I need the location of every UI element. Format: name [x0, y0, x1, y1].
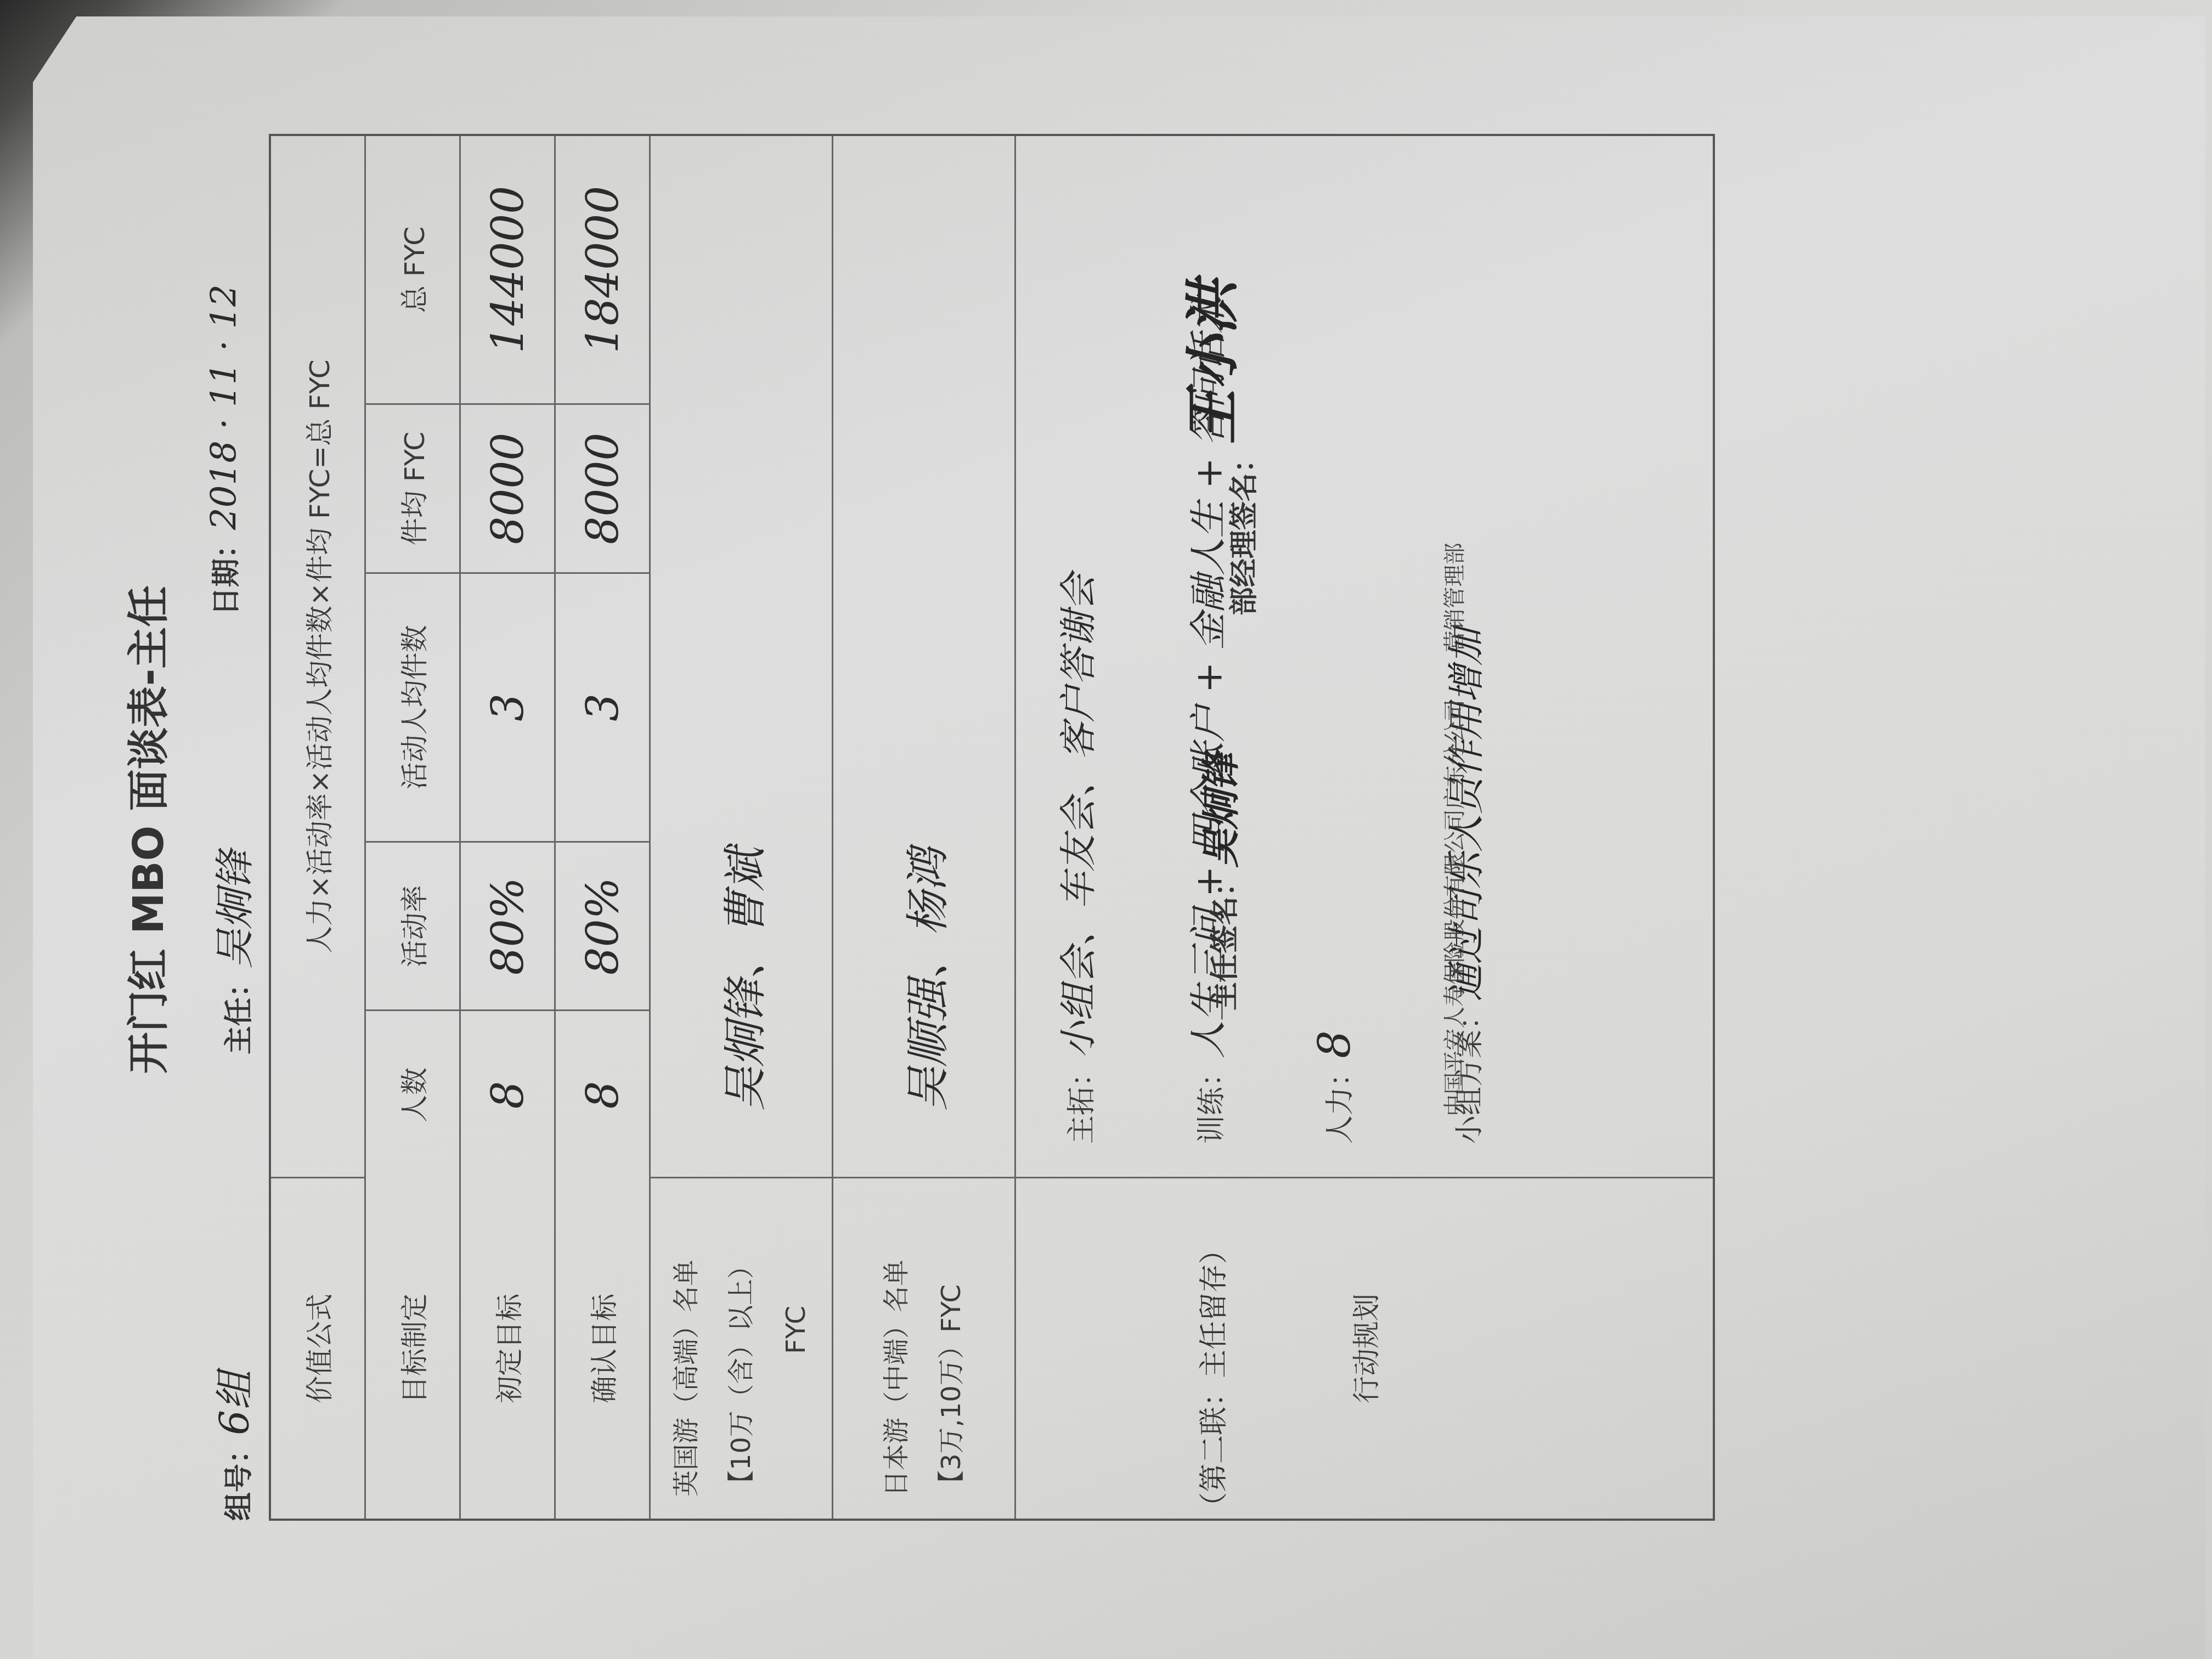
- footer-department: 营销管理部: [1442, 543, 1468, 652]
- manager-signature: 部经理签名：王小洪: [1190, 280, 1269, 616]
- cell-cases: 3: [556, 574, 649, 843]
- japan-trip-label-line1: 日本游（中端）名单: [869, 1260, 924, 1497]
- japan-trip-names: 吴顺强、杨鸿: [833, 136, 1014, 1178]
- col-header-activity-rate: 活动率: [366, 843, 459, 1012]
- action-plan-row: 行动规划 主拓：小组会、车友会、客户答谢会 训练：人生三问 + 四个账户 + 金…: [1014, 136, 1713, 1519]
- col-header-avg-fyc: 件均 FYC: [366, 405, 459, 574]
- formula-row: 价值公式 人力×活动率×活动人均件数×件均 FYC=总 FYC: [271, 136, 364, 1519]
- plan-label: 训练：: [1195, 1058, 1228, 1144]
- group-field: 组号：6组: [203, 1370, 260, 1521]
- plan-item-expansion: 主拓：小组会、车友会、客户答谢会: [1049, 573, 1102, 1144]
- uk-trip-label-line1: 英国游（高端）名单: [659, 1260, 714, 1497]
- footer-company: 中国平安人寿保险股份有限公司广东分公司: [1442, 699, 1468, 1116]
- plan-value: 小组会、车友会、客户答谢会: [1057, 573, 1101, 1058]
- table-row: 确认目标 8 80% 3 8000 184000: [554, 136, 649, 1519]
- table-row: 初定目标 8 80% 3 8000 144000: [459, 136, 554, 1519]
- director-sign-value: 吴炯锋: [1198, 753, 1244, 868]
- manager-sign-label: 部经理签名：: [1228, 444, 1261, 616]
- director-value: 吴炯锋: [212, 850, 258, 969]
- japan-trip-list-row: 日本游（中端）名单 【3万,10万）FYC 吴顺强、杨鸿: [832, 136, 1014, 1519]
- cell-avg-fyc: 8000: [461, 405, 554, 574]
- plan-item-manpower: 人力：8: [1309, 1030, 1360, 1144]
- uk-trip-label-line3: FYC: [769, 1306, 823, 1497]
- director-sign-label: 主任签名：: [1209, 868, 1242, 1011]
- row-label-confirmed-target: 确认目标: [556, 1178, 649, 1519]
- cell-total-fyc: 184000: [556, 136, 649, 405]
- plan-value: 8: [1309, 1030, 1360, 1058]
- row-label-initial-target: 初定目标: [461, 1178, 554, 1519]
- form-title: 开门红 MBO 面谈表-主任: [115, 89, 175, 1570]
- target-header-row: 目标制定 人数 活动率 活动人均件数 件均 FYC 总 FYC: [364, 136, 459, 1519]
- uk-trip-label: 英国游（高端）名单 【10万（含）以上） FYC: [651, 1178, 832, 1519]
- uk-trip-list-row: 英国游（高端）名单 【10万（含）以上） FYC 吴炯锋、曹斌: [649, 136, 832, 1519]
- action-plan-body: 主拓：小组会、车友会、客户答谢会 训练：人生三问 + 四个账户 + 金融人生 +…: [1016, 136, 1713, 1178]
- action-plan-label: 行动规划: [1016, 1178, 1713, 1519]
- plan-label: 人力：: [1324, 1058, 1357, 1144]
- formula-label: 价值公式: [271, 1178, 364, 1519]
- col-header-cases-per-active: 活动人均件数: [366, 574, 459, 843]
- col-header-headcount: 人数: [366, 1011, 459, 1178]
- cell-headcount: 8: [461, 1011, 554, 1178]
- group-label: 组号：: [223, 1435, 256, 1521]
- japan-trip-label: 日本游（中端）名单 【3万,10万）FYC: [833, 1178, 1014, 1519]
- cell-avg-fyc: 8000: [556, 405, 649, 574]
- uk-trip-label-line2: 【10万（含）以上）: [714, 1252, 769, 1497]
- target-label: 目标制定: [366, 1178, 459, 1519]
- uk-trip-names: 吴炯锋、曹斌: [651, 136, 832, 1178]
- mbo-table: 价值公式 人力×活动率×活动人均件数×件均 FYC=总 FYC 目标制定 人数 …: [269, 134, 1715, 1521]
- plan-label: 主拓：: [1065, 1058, 1098, 1144]
- date-value: 2018 · 11 · 12: [204, 284, 245, 530]
- page-footer: 中国平安人寿保险股份有限公司广东分公司 营销管理部: [1437, 89, 1469, 1570]
- director-field: 主任：吴炯锋: [203, 850, 260, 1054]
- date-label: 日期：: [210, 530, 243, 616]
- cell-activity-rate: 80%: [556, 843, 649, 1012]
- copy-note: （第二联：主任留存）: [1190, 1235, 1232, 1521]
- col-header-total-fyc: 总 FYC: [366, 136, 459, 405]
- date-field: 日期：2018 · 11 · 12: [203, 284, 245, 616]
- formula-text: 人力×活动率×活动人均件数×件均 FYC=总 FYC: [271, 136, 364, 1178]
- manager-sign-value: 王小洪: [1180, 280, 1245, 444]
- cell-cases: 3: [461, 574, 554, 843]
- director-label: 主任：: [223, 969, 256, 1054]
- group-value: 6组: [212, 1370, 258, 1435]
- cell-total-fyc: 144000: [461, 136, 554, 405]
- form-meta: 组号：6组 主任：吴炯锋 日期：2018 · 11 · 12: [203, 138, 247, 1521]
- japan-trip-label-line2: 【3万,10万）FYC: [924, 1284, 979, 1497]
- cell-headcount: 8: [556, 1011, 649, 1178]
- cell-activity-rate: 80%: [461, 843, 554, 1012]
- mbo-interview-form: 开门红 MBO 面谈表-主任 组号：6组 主任：吴炯锋 日期：2018 · 11…: [93, 89, 2123, 1570]
- director-signature: 主任签名：吴炯锋: [1190, 753, 1246, 1011]
